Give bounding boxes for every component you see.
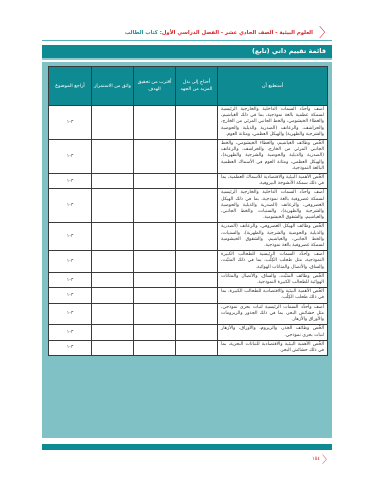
statement-cell: أصف وأحدّد السمات الداخلية والخارجية الر… — [218, 189, 328, 223]
near-goal-checkbox[interactable] — [134, 106, 176, 140]
table-row: ألخّص الأهمية البيئية والاقتصادية للأسما… — [49, 174, 328, 189]
near-goal-checkbox[interactable] — [134, 251, 176, 273]
col-need-effort: أحتاج إلى بذل المزيد من الجهد — [176, 67, 218, 106]
chevron-left-icon: 〈 — [319, 27, 332, 40]
review-reference: ٣-١ — [49, 189, 92, 223]
page-number: 〈 ١٥٤ — [312, 451, 332, 466]
book-title: العلوم البيئية - الصف الحادي عشر - الفصل… — [125, 30, 313, 36]
table-row: ألخّص وظائف الهيكل الغضروفي، والزعانف (ا… — [49, 223, 328, 251]
table-row: أصف وأحدّد السمات الرئيسية لنبات بحري نم… — [49, 303, 328, 325]
table-row: ألخّص الأهمية البيئية والاقتصادية للنبات… — [49, 340, 328, 355]
review-reference: ٣-١ — [49, 223, 92, 251]
table-row: ألخّص وظائف الغياشيم، والغطاء الخيشومي، … — [49, 140, 328, 174]
review-reference: ٣-١ — [49, 340, 92, 355]
section-banner: قائمة تقييم ذاتي (تابع) — [42, 45, 332, 58]
confident-checkbox[interactable] — [92, 288, 134, 303]
col-statement: أستطيع أن — [218, 67, 328, 106]
need-effort-checkbox[interactable] — [176, 272, 218, 287]
table-row: ألخّص وظائف المثبّت، والساق، والأنصال وا… — [49, 272, 328, 287]
footer-bar — [42, 444, 332, 450]
table-row: أصف وأحدّد السمات الداخلية والخارجية الر… — [49, 106, 328, 140]
review-reference: ٣-١ — [49, 174, 92, 189]
near-goal-checkbox[interactable] — [134, 223, 176, 251]
review-reference: ٣-١ — [49, 106, 92, 140]
statement-cell: ألخّص وظائف المثبّت، والساق، والأنصال وا… — [218, 272, 328, 287]
table-row: أصف وأحدّد السمات الرئيسية للطحالب الكبي… — [49, 251, 328, 273]
near-goal-checkbox[interactable] — [134, 272, 176, 287]
near-goal-checkbox[interactable] — [134, 325, 176, 340]
confident-checkbox[interactable] — [92, 223, 134, 251]
self-assessment-table: أستطيع أن أحتاج إلى بذل المزيد من الجهد … — [48, 66, 328, 356]
statement-cell: ألخّص الأهمية البيئية والاقتصادية للطحال… — [218, 288, 328, 303]
chevron-left-icon: 〈 — [322, 451, 332, 466]
need-effort-checkbox[interactable] — [176, 303, 218, 325]
near-goal-checkbox[interactable] — [134, 288, 176, 303]
book-name: كتاب الطالب — [125, 30, 158, 36]
confident-checkbox[interactable] — [92, 272, 134, 287]
need-effort-checkbox[interactable] — [176, 325, 218, 340]
review-reference: ٣-١ — [49, 251, 92, 273]
near-goal-checkbox[interactable] — [134, 174, 176, 189]
col-review: أراجع الموضوع — [49, 67, 92, 106]
header-divider — [42, 40, 332, 41]
confident-checkbox[interactable] — [92, 174, 134, 189]
need-effort-checkbox[interactable] — [176, 189, 218, 223]
section-title: قائمة تقييم ذاتي (تابع) — [252, 47, 326, 55]
confident-checkbox[interactable] — [92, 106, 134, 140]
confident-checkbox[interactable] — [92, 325, 134, 340]
statement-cell: ألخّص وظائف الغياشيم، والغطاء الخيشومي، … — [218, 140, 328, 174]
review-reference: ٣-١ — [49, 288, 92, 303]
need-effort-checkbox[interactable] — [176, 251, 218, 273]
near-goal-checkbox[interactable] — [134, 140, 176, 174]
need-effort-checkbox[interactable] — [176, 106, 218, 140]
table-row: ألخّص وظائف الجذر، والريزوم، والأوراق، و… — [49, 325, 328, 340]
confident-checkbox[interactable] — [92, 189, 134, 223]
near-goal-checkbox[interactable] — [134, 340, 176, 355]
col-confident: واثق من الاستمرار — [92, 67, 134, 106]
statement-cell: أصف وأحدّد السمات الرئيسية للطحالب الكبي… — [218, 251, 328, 273]
table-row: ألخّص الأهمية البيئية والاقتصادية للطحال… — [49, 288, 328, 303]
statement-cell: ألخّص وظائف الهيكل الغضروفي، والزعانف (ا… — [218, 223, 328, 251]
review-reference: ٣-١ — [49, 272, 92, 287]
confident-checkbox[interactable] — [92, 251, 134, 273]
review-reference: ٣-١ — [49, 140, 92, 174]
need-effort-checkbox[interactable] — [176, 340, 218, 355]
need-effort-checkbox[interactable] — [176, 223, 218, 251]
page-header: 〈 العلوم البيئية - الصف الحادي عشر - الف… — [42, 26, 332, 40]
table-row: أصف وأحدّد السمات الداخلية والخارجية الر… — [49, 189, 328, 223]
statement-cell: ألخّص الأهمية البيئية والاقتصادية للنبات… — [218, 340, 328, 355]
need-effort-checkbox[interactable] — [176, 140, 218, 174]
statement-cell: أصف وأحدّد السمات الرئيسية لنبات بحري نم… — [218, 303, 328, 325]
statement-cell: أصف وأحدّد السمات الداخلية والخارجية الر… — [218, 106, 328, 140]
review-reference: ٣-١ — [49, 325, 92, 340]
review-reference: ٣-١ — [49, 303, 92, 325]
need-effort-checkbox[interactable] — [176, 174, 218, 189]
confident-checkbox[interactable] — [92, 340, 134, 355]
near-goal-checkbox[interactable] — [134, 303, 176, 325]
confident-checkbox[interactable] — [92, 303, 134, 325]
confident-checkbox[interactable] — [92, 140, 134, 174]
near-goal-checkbox[interactable] — [134, 189, 176, 223]
statement-cell: ألخّص الأهمية البيئية والاقتصادية للأسما… — [218, 174, 328, 189]
table-header-row: أستطيع أن أحتاج إلى بذل المزيد من الجهد … — [49, 67, 328, 106]
banner-shadow — [42, 58, 332, 60]
statement-cell: ألخّص وظائف الجذر، والريزوم، والأوراق، و… — [218, 325, 328, 340]
col-near-goal: أقترب من تحقيق الهدف — [134, 67, 176, 106]
need-effort-checkbox[interactable] — [176, 288, 218, 303]
